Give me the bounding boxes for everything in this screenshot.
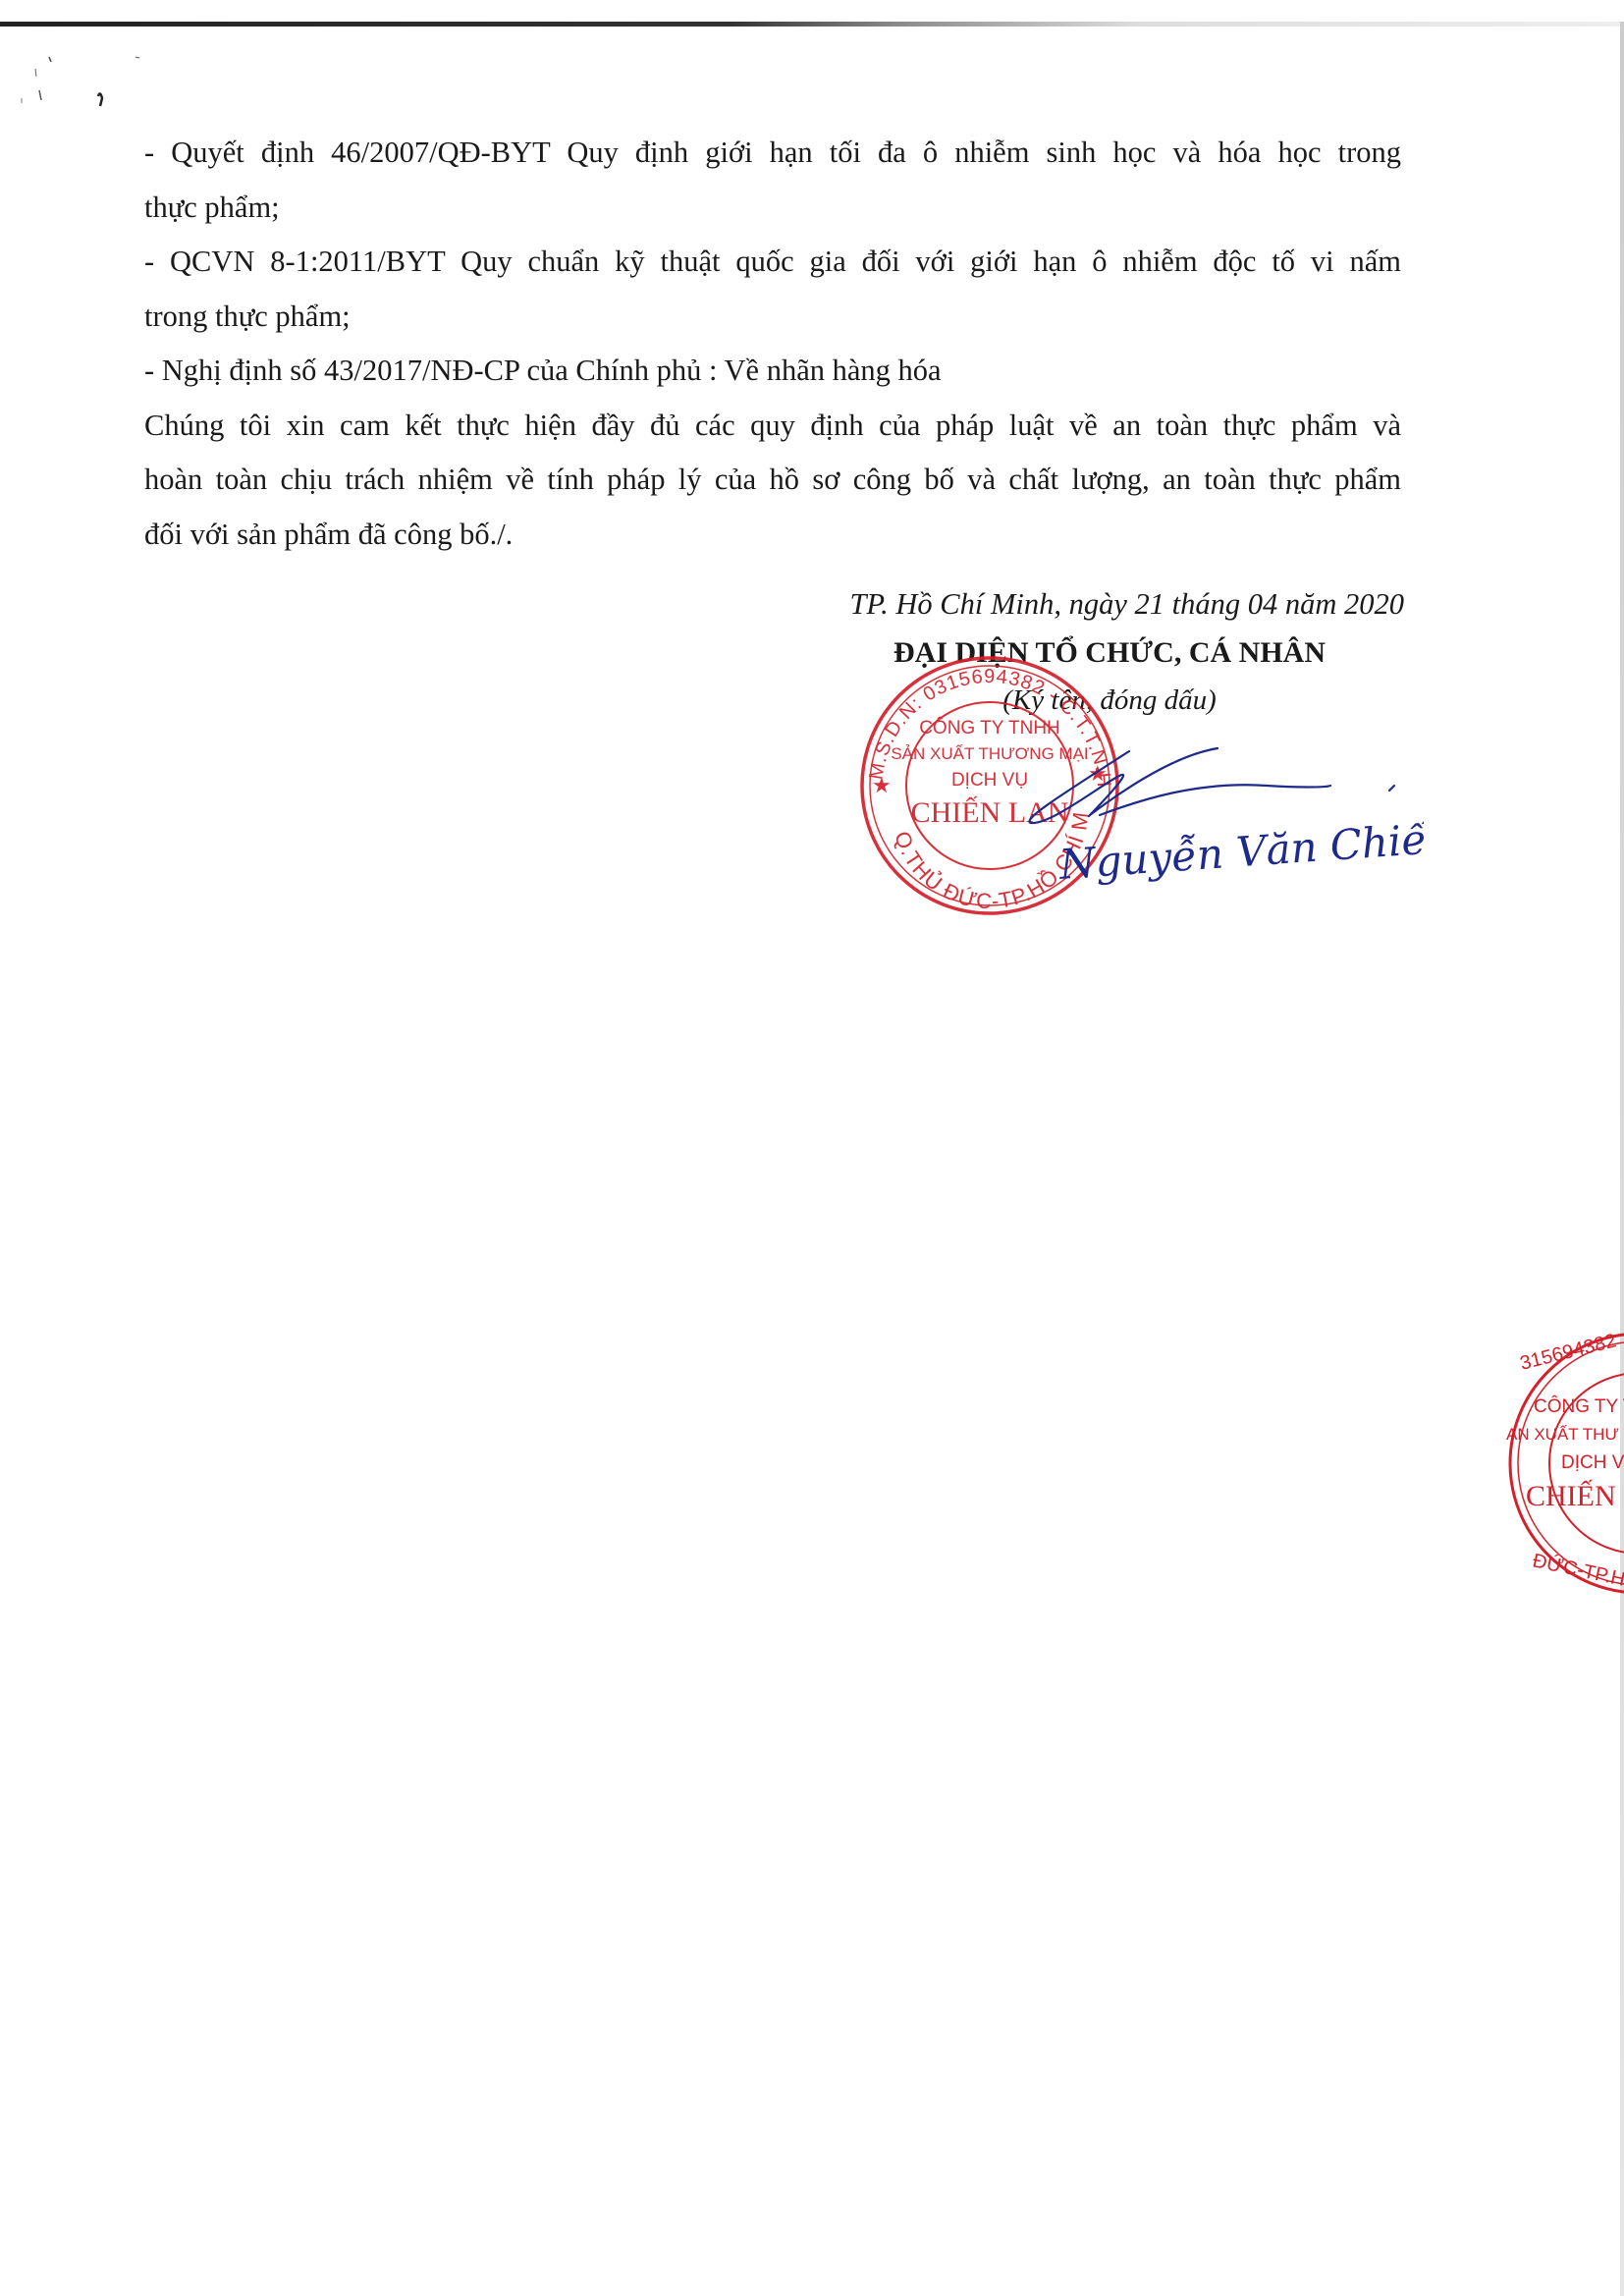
reference-3-line-1: - Nghị định số 43/2017/NĐ-CP của Chính p… bbox=[144, 344, 1401, 399]
partial-stamp-line-2: AN XUẤT THƯ bbox=[1506, 1425, 1619, 1444]
scan-right-edge bbox=[1620, 22, 1624, 2296]
commitment-line-3: đối với sản phẩm đã công bố./. bbox=[144, 508, 1401, 563]
partial-stamp-name: CHIẾN L bbox=[1526, 1479, 1624, 1512]
reference-2-line-1: - QCVN 8-1:2011/BYT Quy chuẩn kỹ thuật q… bbox=[144, 235, 1401, 290]
reference-1-line-1: - Quyết định 46/2007/QĐ-BYT Quy định giớ… bbox=[144, 126, 1401, 181]
reference-1-line-2: thực phẩm; bbox=[144, 181, 1401, 236]
partial-stamp-margin: 315694382 CÔNG TY T AN XUẤT THƯ DỊCH V C… bbox=[1492, 1326, 1624, 1601]
handwritten-signature: Nguyễn Văn Chiến bbox=[982, 746, 1424, 943]
stamp-line-1: CÔNG TY TNHH bbox=[919, 717, 1060, 738]
scan-top-edge bbox=[0, 22, 1624, 27]
place-date: TP. Hồ Chí Minh, ngày 21 tháng 04 năm 20… bbox=[776, 579, 1404, 629]
document-body: - Quyết định 46/2007/QĐ-BYT Quy định giớ… bbox=[144, 126, 1401, 562]
partial-stamp-bottom: ĐỨC-TP.H bbox=[1531, 1549, 1624, 1590]
stamp-star-left-icon: ★ bbox=[872, 773, 892, 797]
scan-specks bbox=[10, 39, 147, 128]
commitment-line-2: hoàn toàn chịu trách nhiệm về tính pháp … bbox=[144, 453, 1401, 508]
commitment-line-1: Chúng tôi xin cam kết thực hiện đầy đủ c… bbox=[144, 399, 1401, 454]
signer-name-handwritten: Nguyễn Văn Chiến bbox=[1056, 813, 1424, 889]
partial-stamp-number: 315694382 bbox=[1518, 1330, 1618, 1375]
partial-stamp-line-1: CÔNG TY T bbox=[1534, 1395, 1624, 1417]
partial-stamp-line-3: DỊCH V bbox=[1561, 1452, 1624, 1473]
reference-2-line-2: trong thực phẩm; bbox=[144, 290, 1401, 345]
